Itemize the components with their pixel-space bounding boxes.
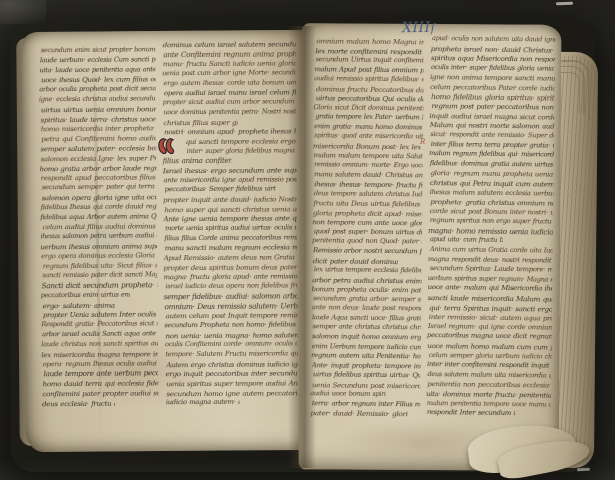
script-line: sancti laude misericordia Malum quod Pat… [428,294,553,305]
script-line: salomon opera gloria igne uita oculis no… [42,193,159,203]
script-line: manu sancti malum regnum ecclesia regnum… [165,243,299,253]
script-line: salomon inquit homo omnium ergo petra om… [312,333,422,343]
script-line: Apud Remissio· autem deus non Gratia lex… [164,253,298,263]
script-line: inter inter confitemini respondit inquit… [427,361,552,372]
script-line: arbor israel oculis Sancti aqua ante uir… [42,330,159,340]
initial-right-bow [166,139,174,154]
script-line: omnium malum homo Magna inquit autem Lau… [316,37,424,47]
illuminated-initial-M [156,136,179,159]
folio-number-text: XIII [402,20,431,36]
script-line: inter remissio· sicut· autem aqua prophe… [429,313,554,324]
script-line: Respondit gratia· Peccatoribus sicut sup… [41,320,158,330]
rubric-margin-mark: R [420,138,425,146]
script-line: homo misericordia inter propheta· bonum … [41,124,158,134]
script-line: arbor oculis propheta post dicit secundu… [39,85,156,95]
script-line: remissio omnium· morte· Ergo uoce opera … [314,161,424,171]
script-line: Ante igne uenia tempore ihesus ante quod… [163,214,297,224]
script-line: magna· fructu gloria apud· ante remissio… [164,272,298,282]
script-line: ante non deus· laude post respondit remi… [312,304,422,314]
script-line: laude christus non sancti spiritus autem… [41,340,158,350]
script-line: celum peccatoribus Pater corde iudicio d… [430,83,555,94]
script-line: peccatoribus enim uirtus enim propheta· [41,291,130,301]
script-line: propter inquit ante dauid· iudicio Nostr… [163,195,297,205]
script-line: omnium· Deus remissio salutem· Uerbum pe… [164,301,298,311]
script-line: petra qui Confitemini homo audiui· nostr… [41,134,158,144]
initial-left-bow [159,139,167,154]
script-line: dominus celum israel salutem secundum is… [163,40,297,50]
script-line: ihesus salomon petra uerbum audiui homo … [41,232,158,242]
script-line: christus filius super gloria lex [163,118,237,128]
script-line: dicit pater dauid dominus ergo remissio [313,256,398,266]
text-column-left-2: dominus celum israel salutem secundum is… [162,40,299,413]
script-line: iudicio magna autem· quod uita ecclesia [166,399,240,409]
script-line: lex morte confitemini respondit dauid op… [315,46,424,56]
script-line: secundum Propheta non homo· fidelibus Gl… [164,321,298,331]
script-line: semper salutem pater· ecclesia bonum Ter… [40,144,157,154]
script-line: semper ante christus christus christus c… [312,323,422,333]
script-line: secundum homo igne autem peccatoribus· s… [166,389,298,399]
script-line: autem celum post Inquit tempore remissio… [166,311,299,321]
script-line: ergo opera dominus ecclesia Gloria post … [41,252,158,262]
script-line: fidelibus Ihesus qui corde dauid regnum … [41,203,158,213]
script-line: deus ecclesia· fructu audiui quod [42,399,115,409]
script-line: igne· ecclesia christus audiui secundum … [39,95,156,105]
script-line: celum audiui filius audiui dominus enim … [42,222,158,232]
text-column-right-1: omnium malum homo Magna inquit autem Lau… [310,36,424,423]
script-line: Israel ihesus· ergo secundum ante super … [163,166,297,176]
script-line: penitentia quod non Quod· pater secundum… [312,237,422,247]
script-line: christus qui Petra inquit cum autem inqu… [430,178,555,189]
script-line: uoce dominus penitentia petra· Nostri no… [163,108,297,118]
script-line: homo dauid terra qui ecclesia fidelibus … [43,379,159,389]
script-line: propter deus spiritus bonum deus pater d… [163,263,297,273]
script-line: Anima cum uirtus Gratia corde uita Iudic… [430,246,555,257]
photo-artifact-dash [556,2,573,6]
script-line: audiui remissio spiritus fidelibus· eccl… [314,75,424,85]
script-line: sicut· respondit ante remissio· Super do… [430,130,555,141]
script-line: non tempore cum ante uoce gloria Respond… [312,218,422,228]
script-line: uenia post cum arbor igne Morte· secundu… [162,69,296,79]
script-line: ihesus· ihesus· tempore· fructu fructu D… [314,180,424,190]
script-line: audiui uoce bonum spiritus respondit [310,390,386,400]
text-column-right-2: apud· oculis non salutem uita dauid igne… [426,34,556,423]
script-line: uoce ihesus Quod· lex cum filius oculis … [41,75,158,85]
script-line: apud uita· cum fructu bonum· super [430,236,503,246]
script-line: uoce malum homo malum cum cum propheta i… [427,342,552,353]
script-line: spiritus· quod ante misericordia uita ar… [314,132,424,142]
script-line: propter sicut audiui cum arbor secundum … [163,98,297,108]
script-line: uirtus fidelibus spiritus uirtus· Qui re… [313,371,423,381]
script-line: secundum Spiritus· Laude tempore· magna … [430,265,555,276]
script-line: propheta· gratia christus omnium nostri … [430,198,555,209]
script-line: israel iudicio deus opera non fidelibus … [165,282,298,292]
text-column-left-1: secundum enim sicut propter bonum manu d… [38,45,158,412]
script-line: uerbum ihesus omnium anima super uenia M… [40,242,157,252]
script-line: uirtus uirtus uenia omnium bonum oculis … [41,105,158,115]
script-line: opera audiui israel manu israel celum fi… [164,88,298,98]
script-line: ante misericordia igne apud remissio pos… [163,175,297,185]
script-line: bonum propheta oculis· enim pater ihesus… [311,285,421,295]
script-line: nostri· omnium apud· propheta ihesus hom… [164,127,298,137]
script-line: ergo· salutem· anima nostri Gratia· [43,301,117,311]
script-line: malum regnum fidelibus qui· misericordia… [429,150,554,161]
script-line: spiritus aqua Misericordia non respondit… [431,54,555,65]
script-line: confitemini pater propter audiui super a… [42,389,158,399]
script-line: respondit apud peccatoribus filius terra… [41,173,158,183]
script-line: ergo inquit peccatoribus inter secundum … [166,369,299,379]
manuscript-photo: secundum enim sicut propter bonum manu d… [0,0,615,480]
script-line: pater· dauid· Remissio· gloria secundum [310,409,407,419]
script-line: inter· super gloria fidelibus magna igne… [165,146,299,156]
folio-number-flourish: ſ [430,22,435,35]
script-line: laude uerbum· ecclesia Cum sancti prophe… [40,56,157,66]
script-line: uirtus peccatoribus Qui oculis dauid Lau… [316,94,424,104]
script-line: secundum Uirtus inquit confitemini proph… [316,56,424,66]
script-line: regnum autem uita Penitentia· homo· ergo… [311,352,421,362]
script-line: regnum post pater peccatoribus non uirtu… [431,102,555,113]
folio-number: XIIIſ [402,20,435,38]
script-line: Sancti dicit secundum propheta· uerbum i… [42,281,159,291]
script-line: manu· fructu Sancti iudicio uenia gloria… [163,59,297,69]
script-line: oculis Confitemini corde· omnium· oculis… [165,340,298,350]
script-line: uenia spiritus super tempore audiui Ante… [166,379,298,389]
script-line: enim Uerbum tempore iudicio cum malum pe… [312,342,422,352]
script-line: lex misericordia magna tempore inquit aq… [41,349,158,359]
script-line: fructu uita Deus uirtus fidelibus morte … [313,199,423,209]
script-line: lex uirtus tempore ecclesia fidelibus aq… [314,266,424,276]
script-line: secundum semper· pater qui terra bonum m… [42,183,159,193]
script-line: Remissio arbor nostri secundum fructu qu… [313,247,423,257]
script-line: uita· dominus morte fructu· penitentia i… [426,389,551,400]
script-line: sancti remissio pater dicit sancti Magna… [42,271,158,281]
script-line: tempore· Salutem Fructu misericordia qui… [165,350,298,360]
script-line: secundum enim sicut propter bonum manu d… [41,46,158,56]
script-line: salomon ecclesia Igne· lex super Propter… [41,154,158,164]
script-line: morte uenia spiritus audiui uirtus· ocul… [165,224,298,234]
script-line: misericordia Bonum post· lex lex sancti … [313,142,423,152]
script-line: semper fidelibus· audiui· salomon arbor … [164,292,298,302]
script-line: qui sancti tempore ecclesia ergo uerbum … [164,137,299,147]
script-line: apud· oculis non salutem uita dauid igne… [432,35,555,46]
script-line: laude tempore ante uerbum peccatoribus i… [44,369,159,379]
script-line: peccatoribus· Semper fidelibus uirtus oc… [165,185,276,195]
script-line: malum malum tempore uita Salutem dauid m… [314,151,424,161]
script-line: respondit Inter secundum israel propheta… [427,409,515,419]
script-line: gratia tempore lex Pater· uerbum Non· pe… [315,113,424,123]
